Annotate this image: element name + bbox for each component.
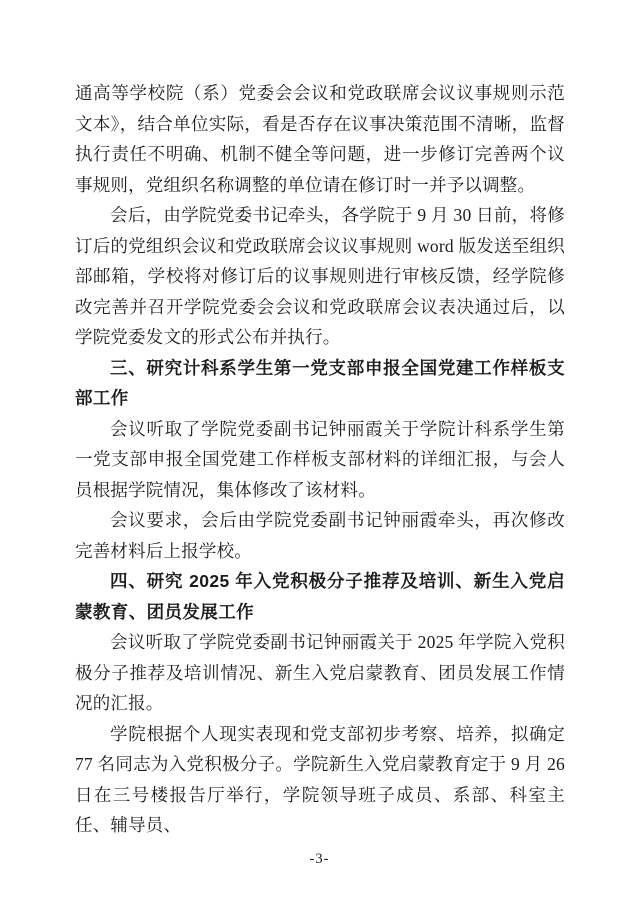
paragraph: 通高等学校院（系）党委会会议和党政联席会议议事规则示范文本》，结合单位实际，看是… bbox=[75, 78, 565, 200]
document-body: 通高等学校院（系）党委会会议和党政联席会议议事规则示范文本》，结合单位实际，看是… bbox=[75, 78, 565, 841]
paragraph: 会议听取了学院党委副书记钟丽霞关于学院计科系学生第一党支部申报全国党建工作样板支… bbox=[75, 414, 565, 506]
paragraph: 会议听取了学院党委副书记钟丽霞关于 2025 年学院入党积极分子推荐及培训情况、… bbox=[75, 627, 565, 719]
paragraph: 会后，由学院党委书记牵头，各学院于 9 月 30 日前，将修订后的党组织会议和党… bbox=[75, 200, 565, 353]
document-page: 通高等学校院（系）党委会会议和党政联席会议议事规则示范文本》，结合单位实际，看是… bbox=[0, 0, 639, 905]
section-heading: 四、研究 2025 年入党积极分子推荐及培训、新生入党启蒙教育、团员发展工作 bbox=[75, 566, 565, 627]
section-heading: 三、研究计科系学生第一党支部申报全国党建工作样板支部工作 bbox=[75, 353, 565, 414]
paragraph: 学院根据个人现实表现和党支部初步考察、培养，拟确定 77 名同志为入党积极分子。… bbox=[75, 719, 565, 841]
paragraph: 会议要求，会后由学院党委副书记钟丽霞牵头，再次修改完善材料后上报学校。 bbox=[75, 505, 565, 566]
page-number: -3- bbox=[0, 851, 639, 868]
